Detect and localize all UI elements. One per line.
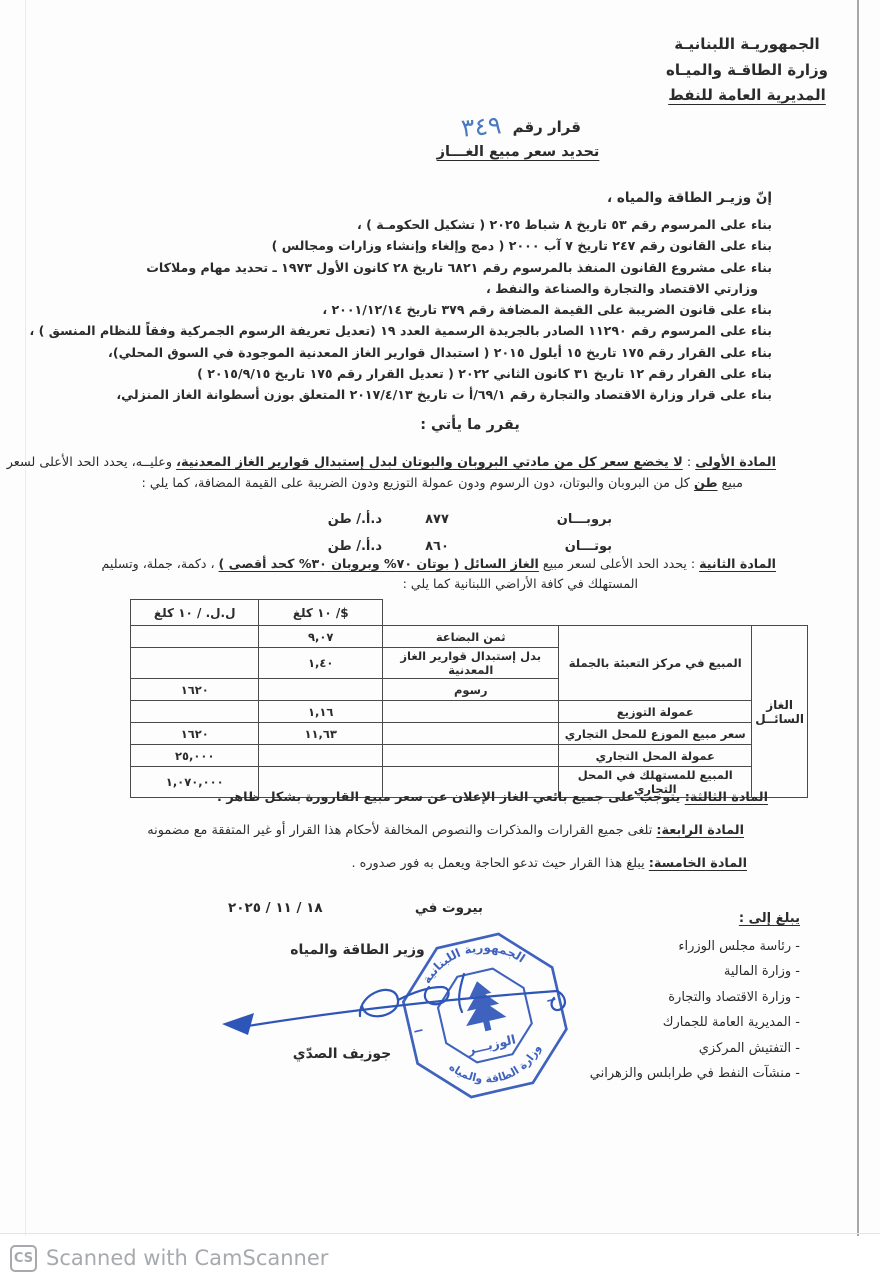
article-1-title: المادة الأولى (695, 455, 776, 470)
preamble-clauses: بناء على المرسوم رقم ٥٣ تاريخ ٨ شباط ٢٠٢… (104, 214, 772, 406)
article-5: المادة الخامسة: يبلغ هذا القرار حيث تدعو… (352, 856, 747, 871)
usd-value: ١,١٦ (259, 701, 383, 723)
table-row: الغاز السائــل المبيع في مركز التعبئة با… (131, 626, 808, 648)
decision-header: قرار رقم ٣٤٩ تحديد سعر مبيع الغـــاز (378, 112, 658, 160)
article-2-underlined: الغاز السائل ( بوتان ٧٠% وبروبان ٣٠% كحد… (219, 556, 539, 571)
table-row: عمولة المحل التجاري ٢٥,٠٠٠ (131, 745, 808, 767)
article-2-rest: ، دكمة، جملة، وتسليم (102, 556, 219, 571)
article-1-line-2: مبيع طن كل من البروبان والبوتان، دون الر… (100, 473, 776, 494)
side-label-liquid-gas: الغاز السائــل (752, 626, 808, 798)
lbp-value: ١٦٢٠ (131, 723, 259, 745)
article-4: المادة الرابعة: تلغى جميع القرارات والمذ… (147, 823, 744, 838)
ton-prices: بروبـــان ٨٧٧ د.أ./ طن بوتـــان ٨٦٠ د.أ.… (282, 506, 612, 560)
letterhead-republic: الجمهوريـة اللبنانيـة (628, 32, 866, 58)
place-date-line: بيروت في ١٨ / ١١ / ٢٠٢٥ (228, 900, 483, 916)
scanned-document-page: الجمهوريـة اللبنانيـة وزارة الطاقـة والم… (0, 0, 880, 1280)
usd-value (259, 679, 383, 701)
article-2-sep: : (687, 556, 699, 571)
stamp-right-dash (547, 999, 555, 1001)
row-label: عمولة التوزيع (559, 701, 752, 723)
sub-label: رسوم (383, 679, 559, 701)
letterhead: الجمهوريـة اللبنانيـة وزارة الطاقـة والم… (628, 32, 866, 109)
place-label: بيروت في (415, 900, 483, 916)
article-2-line-1: المادة الثانية : يحدد الحد الأعلى لسعر م… (100, 554, 776, 574)
lbp-value: ٢٥,٠٠٠ (131, 745, 259, 767)
minister-name: جوزيف الصدّي (252, 1046, 432, 1062)
side-label-line1: الغاز (755, 698, 804, 712)
article-5-title: المادة الخامسة: (649, 856, 747, 871)
article-3: المادة الثالثة: يتوجب على جميع بائعي الغ… (217, 790, 768, 805)
article-1-line-1: المادة الأولى : لا يخضع سعر كل من مادتي … (100, 452, 776, 473)
clause: بناء على قانون الضريبة على القيمة المضاف… (104, 299, 772, 320)
propane-label: بروبـــان (492, 506, 612, 533)
clause: بناء على المرسوم رقم ١١٢٩٠ الصادر بالجري… (104, 320, 772, 341)
article-1-ton: طن (694, 476, 718, 491)
stamp-cedar-icon (457, 977, 509, 1036)
price-row-propane: بروبـــان ٨٧٧ د.أ./ طن (282, 506, 612, 533)
decision-number-line: قرار رقم ٣٤٩ (378, 112, 658, 141)
article-3-text: يتوجب على جميع بائعي الغاز الإعلان عن سع… (217, 790, 685, 805)
article-1-rest: وعليــه، يحدد الحد الأعلى لسعر (7, 455, 176, 470)
article-1: المادة الأولى : لا يخضع سعر كل من مادتي … (100, 452, 776, 494)
column-header-usd: $/ ١٠ كلغ (259, 600, 383, 626)
sub-label-empty (383, 745, 559, 767)
article-4-title: المادة الرابعة: (656, 823, 744, 838)
table-row: عمولة التوزيع ١,١٦ (131, 701, 808, 723)
camscanner-text: Scanned with CamScanner (46, 1246, 328, 1270)
clause: بناء على القرار رقم ١٧٥ تاريخ ١٥ أيلول ٢… (104, 342, 772, 363)
camscanner-icon: CS (10, 1245, 37, 1272)
usd-value: ٩,٠٧ (259, 626, 383, 648)
article-3-title: المادة الثالثة: (685, 790, 768, 805)
decision-label: قرار رقم (513, 118, 581, 136)
footer-separator (0, 1233, 880, 1234)
row-label: عمولة المحل التجاري (559, 745, 752, 767)
group-label-wholesale: المبيع في مركز التعبئة بالجملة (559, 626, 752, 701)
camscanner-footer: CS Scanned with CamScanner (0, 1236, 880, 1280)
article-4-text: تلغى جميع القرارات والمذكرات والنصوص الم… (147, 823, 656, 838)
preamble-intro: إنّ وزيـر الطاقة والمياه ، (607, 190, 772, 206)
signature-arrow-stroke (222, 1013, 254, 1035)
letterhead-ministry: وزارة الطاقـة والميـاه (628, 58, 866, 84)
article-1-underlined: لا يخضع سعر كل من مادتي البروبان والبوتا… (176, 455, 683, 470)
table-header-spacer (383, 600, 808, 626)
article-1-line2-rest: كل من البروبان والبوتان، دون الرسوم ودون… (141, 476, 694, 491)
propane-unit: د.أ./ طن (287, 506, 382, 533)
operative-heading: يقرر ما يأتي : (300, 417, 640, 433)
article-2-pre: يحدد الحد الأعلى لسعر مبيع (539, 556, 687, 571)
scan-edge-left (25, 0, 26, 1236)
article-1-line2-pre: مبيع (718, 476, 743, 491)
lbp-value (131, 626, 259, 648)
distribution-item: - رئاسة مجلس الوزراء (550, 934, 800, 960)
usd-value: ١١,٦٣ (259, 723, 383, 745)
sub-label-empty (383, 723, 559, 745)
sub-label: ثمن البضاعة (383, 626, 559, 648)
decision-subject: تحديد سعر مبيع الغـــاز (378, 144, 658, 160)
clause: بناء على القانون رقم ٢٤٧ تاريخ ٧ آب ٢٠٠٠… (104, 235, 772, 256)
side-label-line2: السائــل (755, 712, 804, 726)
table-header-row: $/ ١٠ كلغ ل.ل. / ١٠ كلغ (131, 600, 808, 626)
stamp-left-dash (414, 1030, 422, 1032)
article-2-title: المادة الثانية (699, 556, 776, 571)
article-2-line-2: المستهلك في كافة الأراضي اللبنانية كما ي… (100, 574, 776, 594)
usd-value: ١,٤٠ (259, 648, 383, 679)
liquid-gas-price-table: $/ ١٠ كلغ ل.ل. / ١٠ كلغ الغاز السائــل ا… (130, 599, 808, 798)
lbp-value: ١٦٢٠ (131, 679, 259, 701)
letterhead-directorate: المديرية العامة للنفط (628, 83, 866, 109)
clause-continuation: وزارتي الاقتصاد والتجارة والصناعة والنفط… (104, 278, 772, 299)
table-row: سعر مبيع الموزع للمحل التجاري ١١,٦٣ ١٦٢٠ (131, 723, 808, 745)
clause: بناء على مشروع القانون المنفذ بالمرسوم ر… (104, 257, 772, 278)
article-5-text: يبلغ هذا القرار حيث تدعو الحاجة ويعمل به… (352, 856, 649, 871)
clause: بناء على المرسوم رقم ٥٣ تاريخ ٨ شباط ٢٠٢… (104, 214, 772, 235)
clause: بناء على القرار رقم ١٢ تاريخ ٣١ كانون ال… (104, 363, 772, 384)
article-2: المادة الثانية : يحدد الحد الأعلى لسعر م… (100, 554, 776, 594)
propane-price: ٨٧٧ (382, 506, 492, 533)
usd-value (259, 745, 383, 767)
article-1-sep: : (683, 455, 695, 470)
row-label: سعر مبيع الموزع للمحل التجاري (559, 723, 752, 745)
date-value: ١٨ / ١١ / ٢٠٢٥ (228, 900, 323, 916)
decision-number-handwritten: ٣٤٩ (460, 110, 503, 142)
distribution-heading: يبلغ إلى : (550, 906, 800, 932)
sub-label-empty (383, 701, 559, 723)
sub-label: بدل إستبدال قوارير الغاز المعدنية (383, 648, 559, 679)
lbp-value (131, 648, 259, 679)
column-header-lbp: ل.ل. / ١٠ كلغ (131, 600, 259, 626)
clause: بناء على قرار وزارة الاقتصاد والتجارة رق… (104, 384, 772, 405)
lbp-value (131, 701, 259, 723)
scan-edge-right (857, 0, 859, 1236)
stamp-center-text: الوزيـــر (465, 1032, 517, 1058)
